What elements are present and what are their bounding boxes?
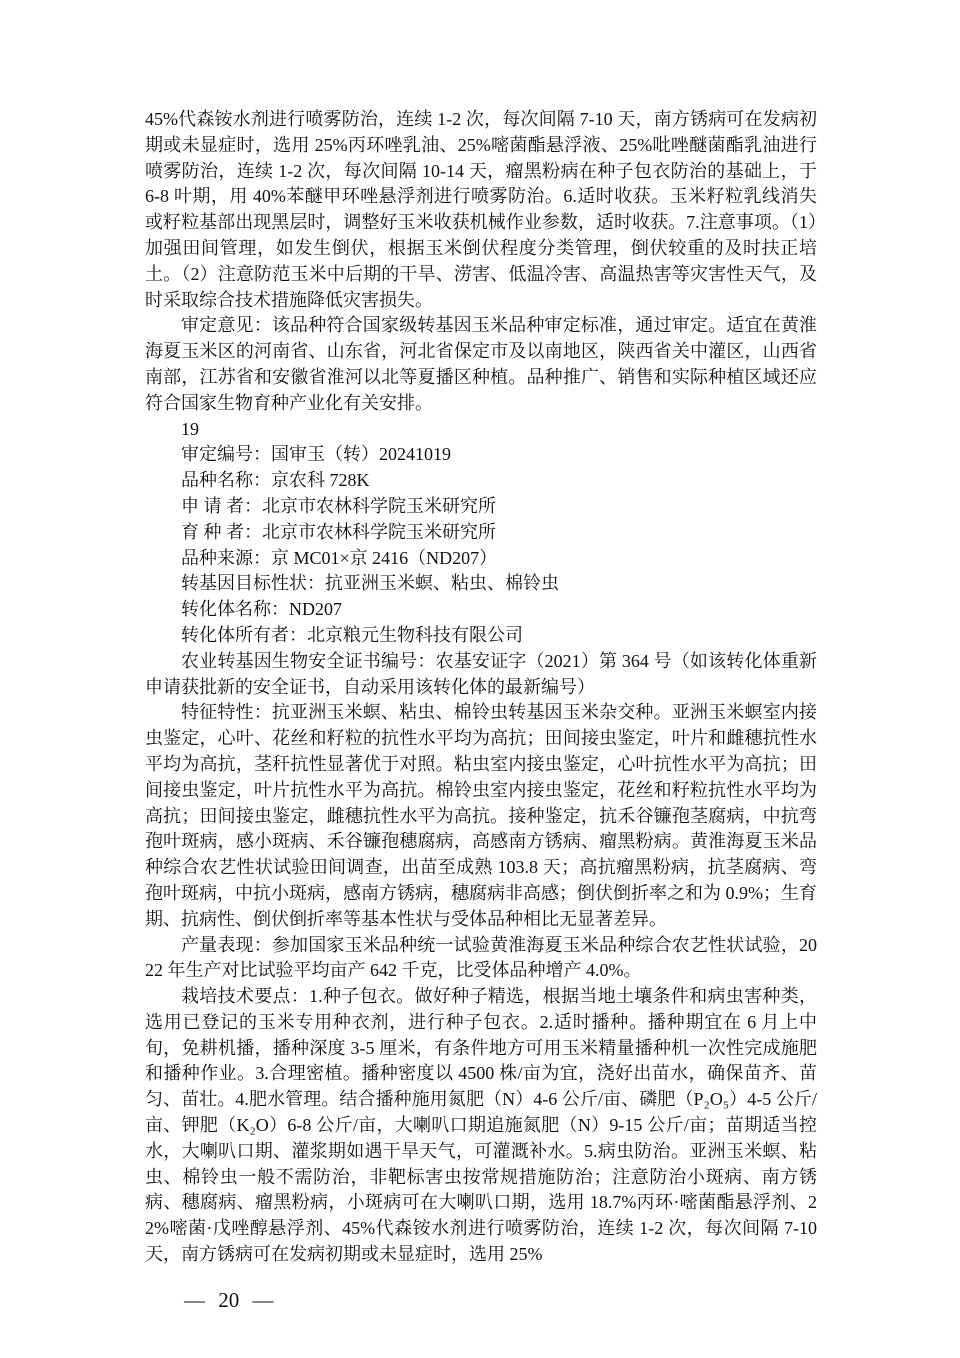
paragraph-pest-control-continuation: 45%代森铵水剂进行喷雾防治，连续 1-2 次，每次间隔 7-10 天，南方锈病…	[145, 107, 817, 313]
field-variety-name: 品种名称：京农科 728K	[145, 468, 817, 494]
page-footer: — 20 —	[131, 1258, 274, 1342]
document-page: 45%代森铵水剂进行喷雾防治，连续 1-2 次，每次间隔 7-10 天，南方锈病…	[0, 0, 960, 1358]
document-body: 45%代森铵水剂进行喷雾防治，连续 1-2 次，每次间隔 7-10 天，南方锈病…	[145, 107, 817, 1268]
paragraph-approval-opinion: 审定意见：该品种符合国家级转基因玉米品种审定标准，通过审定。适宜在黄淮海夏玉米区…	[145, 313, 817, 416]
field-transformant-name: 转化体名称：ND207	[145, 597, 817, 623]
page-number: — 20 —	[184, 1288, 274, 1312]
paragraph-biosafety-certificate: 农业转基因生物安全证书编号：农基安证字（2021）第 364 号（如该转化体重新…	[145, 649, 817, 701]
paragraph-yield-performance: 产量表现：参加国家玉米品种统一试验黄淮海夏玉米品种综合农艺性状试验，2022 年…	[145, 933, 817, 985]
field-approval-number: 审定编号：国审玉（转）20241019	[145, 442, 817, 468]
paragraph-cultivation-techniques: 栽培技术要点：1.种子包衣。做好种子精选，根据当地土壤条件和病虫害种类，选用已登…	[145, 984, 817, 1268]
entry-number: 19	[145, 417, 817, 443]
field-variety-origin: 品种来源：京 MC01×京 2416（ND207）	[145, 546, 817, 572]
field-transgenic-target-traits: 转基因目标性状：抗亚洲玉米螟、粘虫、棉铃虫	[145, 571, 817, 597]
paragraph-characteristics: 特征特性：抗亚洲玉米螟、粘虫、棉铃虫转基因玉米杂交种。亚洲玉米螟室内接虫鉴定，心…	[145, 700, 817, 932]
field-applicant: 申 请 者：北京市农林科学院玉米研究所	[145, 494, 817, 520]
field-transformant-owner: 转化体所有者：北京粮元生物科技有限公司	[145, 623, 817, 649]
field-breeder: 育 种 者：北京市农林科学院玉米研究所	[145, 520, 817, 546]
